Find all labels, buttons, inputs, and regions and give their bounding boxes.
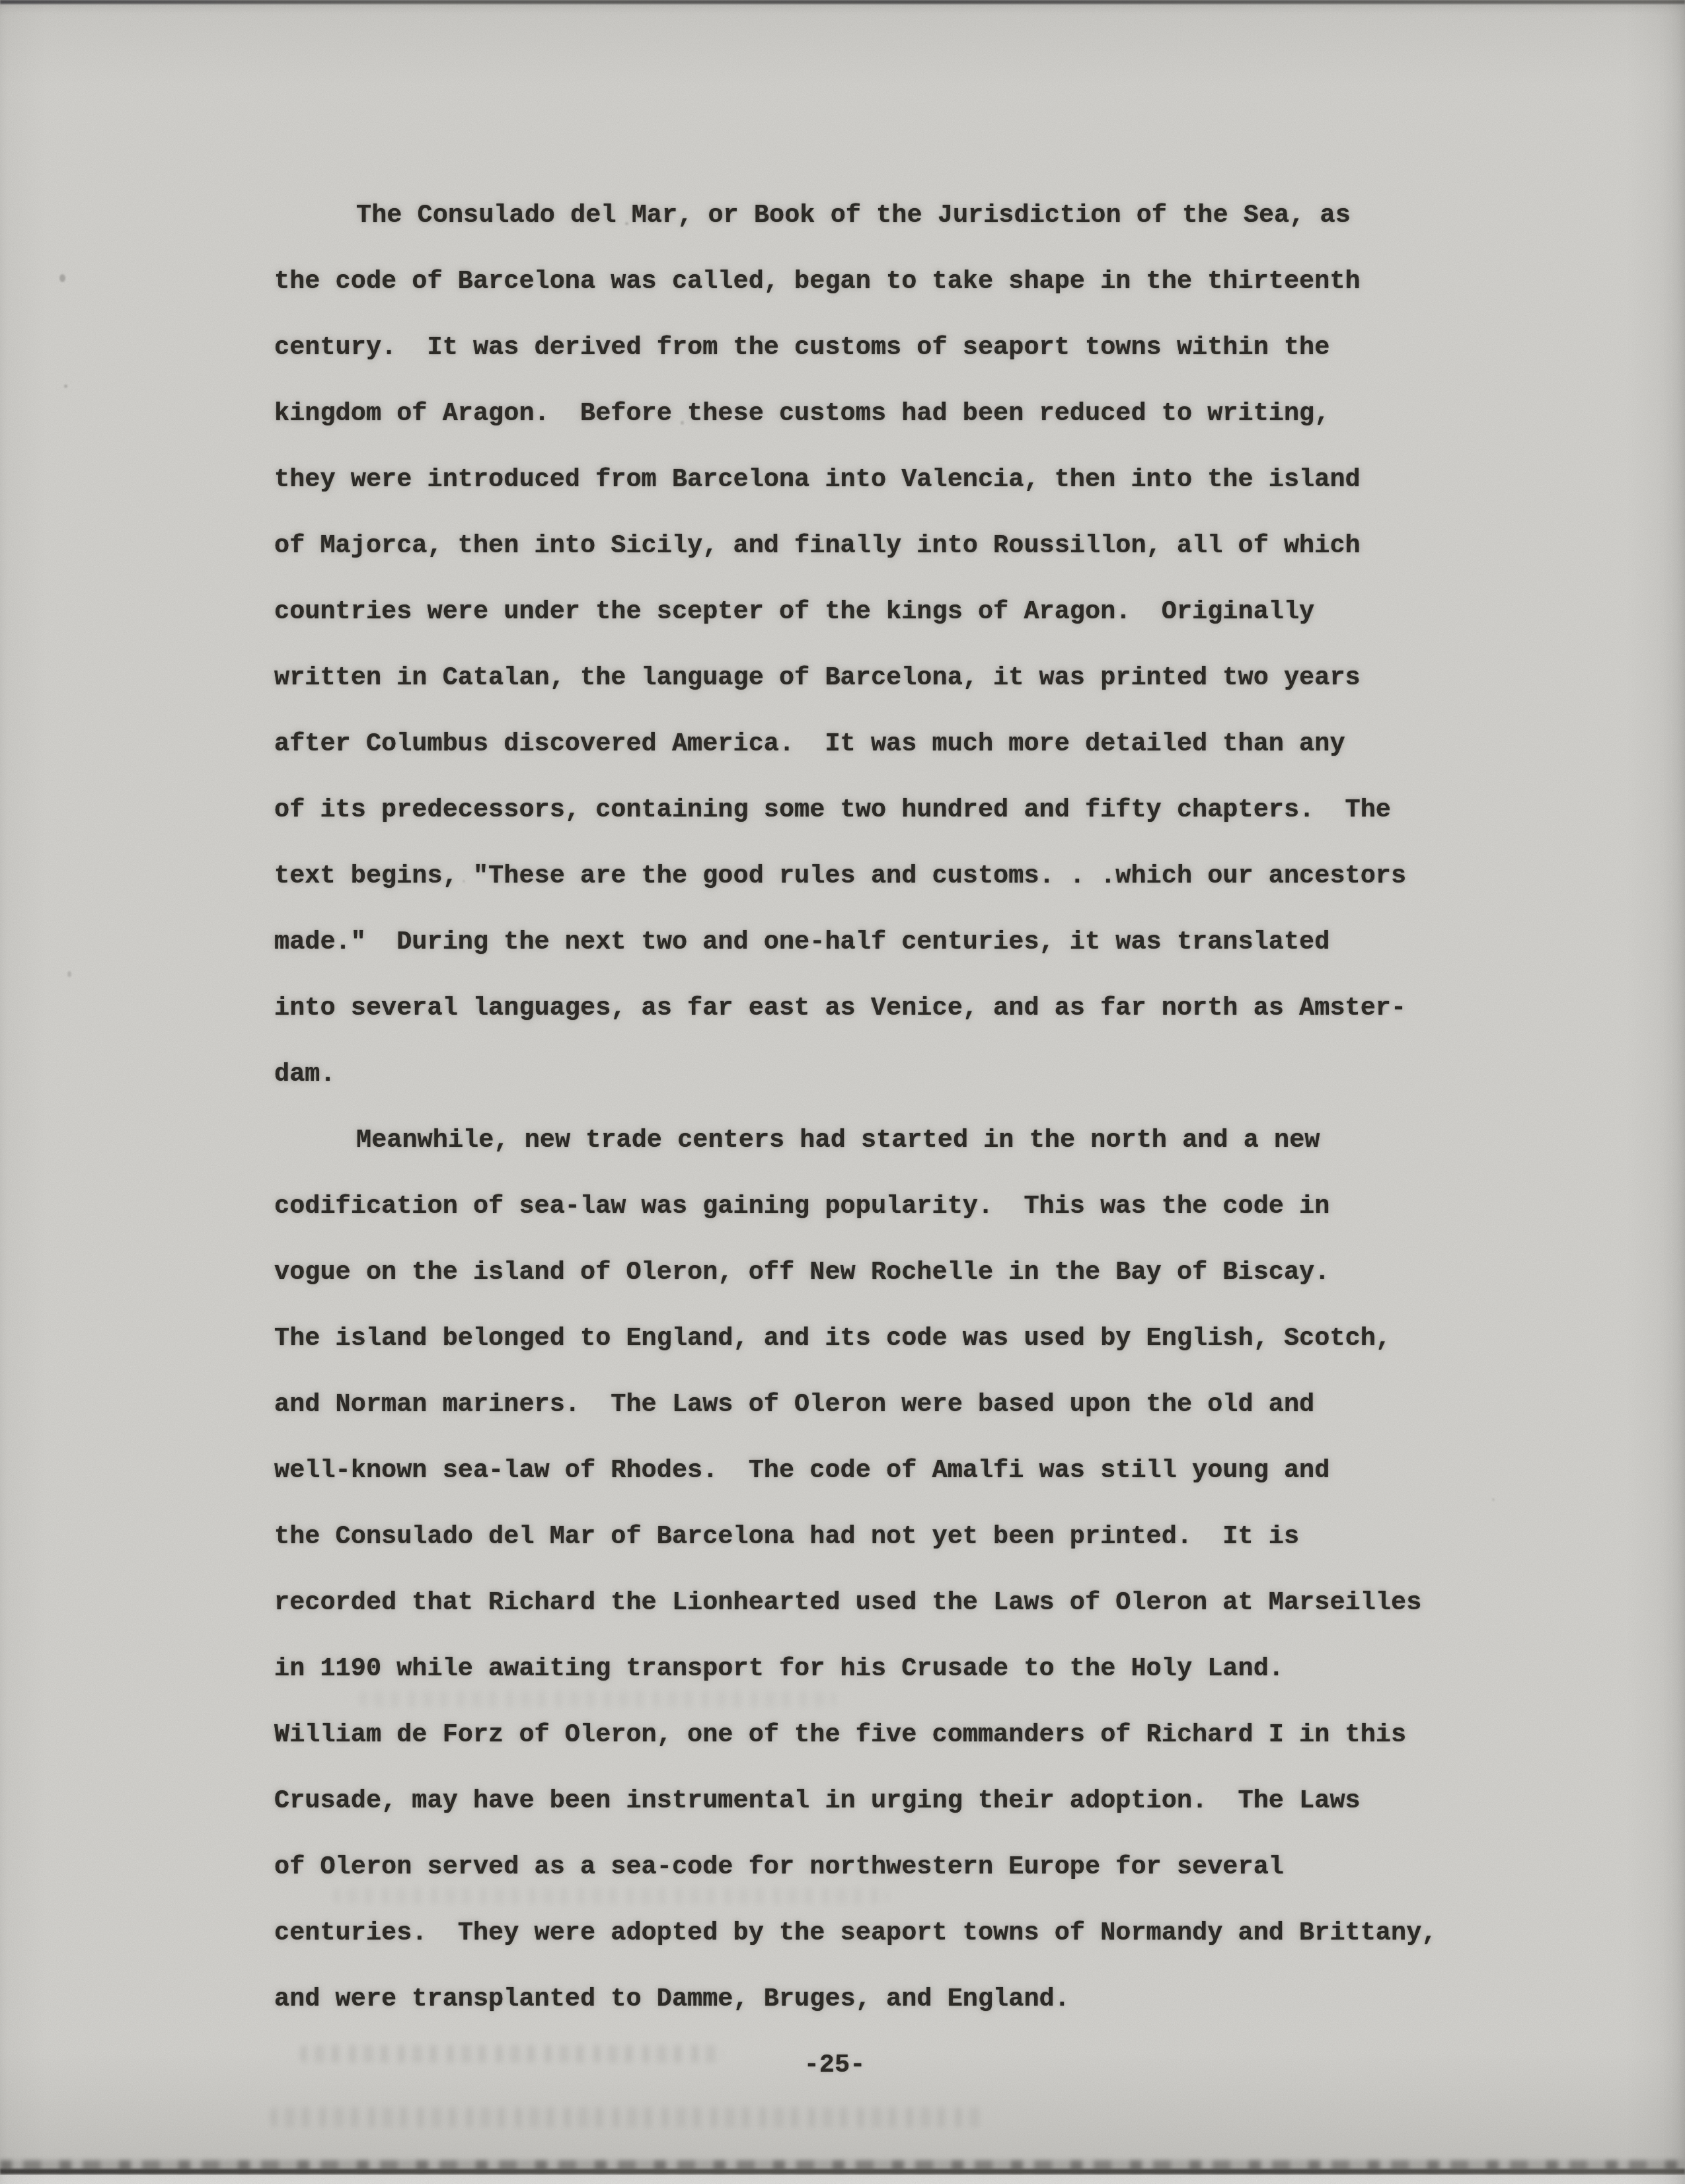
- scan-top-edge: [0, 0, 1685, 4]
- typed-line: vogue on the island of Oleron, off New R…: [274, 1239, 1437, 1305]
- typed-line: in 1190 while awaiting transport for his…: [274, 1636, 1437, 1702]
- paper-speck: [59, 274, 65, 282]
- typed-line: and were transplanted to Damme, Bruges, …: [274, 1966, 1437, 2032]
- typed-line: and Norman mariners. The Laws of Oleron …: [274, 1371, 1437, 1438]
- scan-bottom-edge-line: [0, 2169, 1685, 2174]
- typed-line: the code of Barcelona was called, began …: [274, 248, 1437, 314]
- typed-line: recorded that Richard the Lionhearted us…: [274, 1570, 1437, 1636]
- typed-line: into several languages, as far east as V…: [274, 975, 1437, 1041]
- typed-line: written in Catalan, the language of Barc…: [274, 645, 1437, 711]
- paper-speck: [1492, 1498, 1495, 1501]
- paper-speck: [463, 880, 465, 883]
- typed-line: of Oleron served as a sea-code for north…: [274, 1834, 1437, 1900]
- paper-speck: [625, 222, 628, 225]
- paper-speck: [64, 384, 67, 388]
- ink-bleedthrough-smudge: [271, 2107, 985, 2127]
- typed-line: of its predecessors, containing some two…: [274, 777, 1437, 843]
- typed-line: The island belonged to England, and its …: [274, 1305, 1437, 1371]
- typed-line: countries were under the scepter of the …: [274, 579, 1437, 645]
- paper-speck: [67, 971, 71, 977]
- typed-body-text: The Consulado del Mar, or Book of the Ju…: [274, 182, 1437, 2032]
- typed-line: codification of sea-law was gaining popu…: [274, 1173, 1437, 1239]
- typed-line: Meanwhile, new trade centers had started…: [274, 1107, 1437, 1173]
- typed-line: The Consulado del Mar, or Book of the Ju…: [274, 182, 1437, 248]
- scan-bottom-edge: [0, 2175, 1685, 2184]
- typed-line: the Consulado del Mar of Barcelona had n…: [274, 1504, 1437, 1570]
- typed-line: centuries. They were adopted by the seap…: [274, 1900, 1437, 1966]
- typed-line: after Columbus discovered America. It wa…: [274, 711, 1437, 777]
- typed-line: they were introduced from Barcelona into…: [274, 447, 1437, 513]
- typed-line: kingdom of Aragon. Before these customs …: [274, 381, 1437, 447]
- typed-line: of Majorca, then into Sicily, and finall…: [274, 513, 1437, 579]
- typed-line: William de Forz of Oleron, one of the fi…: [274, 1702, 1437, 1768]
- typed-line: Crusade, may have been instrumental in u…: [274, 1768, 1437, 1834]
- typed-line: well-known sea-law of Rhodes. The code o…: [274, 1438, 1437, 1504]
- typed-line: century. It was derived from the customs…: [274, 314, 1437, 381]
- paper-speck: [681, 421, 684, 425]
- page-number: -25-: [0, 2032, 1677, 2098]
- typed-line: dam.: [274, 1041, 1437, 1107]
- scanned-document-page: The Consulado del Mar, or Book of the Ju…: [0, 0, 1685, 2184]
- typed-line: text begins, "These are the good rules a…: [274, 843, 1437, 909]
- typed-line: made." During the next two and one-half …: [274, 909, 1437, 975]
